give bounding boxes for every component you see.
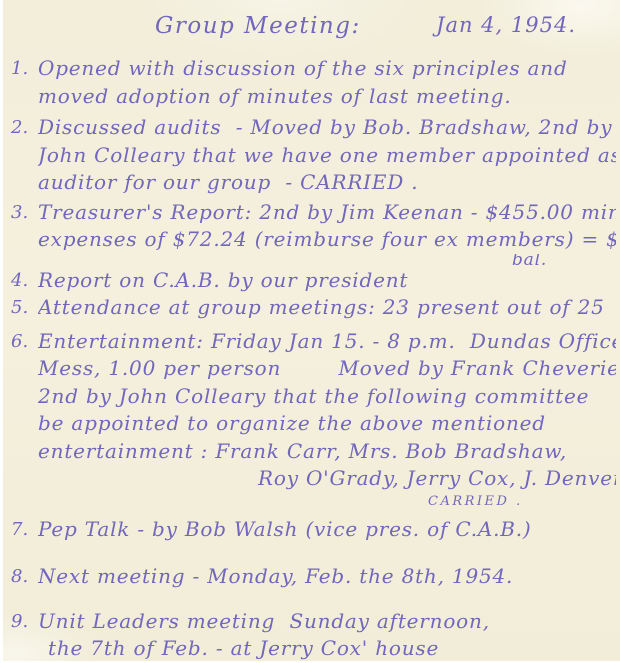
item-line: moved adoption of minutes of last meetin… xyxy=(38,83,616,111)
item-number: 6. xyxy=(11,328,38,510)
minute-item-7: 7. Pep Talk - by Bob Walsh (vice pres. o… xyxy=(11,516,616,544)
item-number: 2. xyxy=(11,114,38,197)
item-line: Next meeting - Monday, Feb. the 8th, 195… xyxy=(38,563,616,591)
item-line: John Colleary that we have one member ap… xyxy=(38,142,616,170)
item-line: Unit Leaders meeting Sunday afternoon, xyxy=(38,608,616,636)
item-number: 4. xyxy=(11,267,38,295)
meeting-date: Jan 4, 1954. xyxy=(436,13,576,37)
minute-item-5: 5. Attendance at group meetings: 23 pres… xyxy=(11,294,616,322)
minute-item-3: 3. Treasurer's Report: 2nd by Jim Keenan… xyxy=(11,199,616,267)
item-line: Treasurer's Report: 2nd by Jim Keenan - … xyxy=(38,199,616,227)
item-number: 7. xyxy=(11,516,38,544)
handwritten-minutes-page: Group Meeting: Jan 4, 1954. 1. Opened wi… xyxy=(3,0,620,661)
item-number: 5. xyxy=(11,294,38,322)
item-line: Pep Talk - by Bob Walsh (vice pres. of C… xyxy=(38,516,616,544)
carried-note: CARRIED . xyxy=(38,493,616,510)
item-line: Entertainment: Friday Jan 15. - 8 p.m. D… xyxy=(38,328,616,356)
item-number: 8. xyxy=(11,563,38,591)
item-number: 9. xyxy=(11,608,38,662)
item-number: 1. xyxy=(11,55,38,110)
item-number: 3. xyxy=(11,199,38,267)
item-line: Mess, 1.00 per person Moved by Frank Che… xyxy=(38,355,616,383)
balance-note: bal. xyxy=(38,254,616,267)
minute-item-8: 8. Next meeting - Monday, Feb. the 8th, … xyxy=(11,563,616,591)
minute-item-2: 2. Discussed audits - Moved by Bob. Brad… xyxy=(11,114,616,197)
item-line: Attendance at group meetings: 23 present… xyxy=(38,294,616,322)
item-line: auditor for our group - CARRIED . xyxy=(38,169,616,197)
minute-item-1: 1. Opened with discussion of the six pri… xyxy=(11,55,616,110)
item-line: expenses of $72.24 (reimburse four ex me… xyxy=(38,226,616,254)
page-header: Group Meeting: Jan 4, 1954. xyxy=(3,0,620,45)
item-line: Report on C.A.B. by our president xyxy=(38,267,616,295)
minute-item-9: 9. Unit Leaders meeting Sunday afternoon… xyxy=(11,608,616,662)
minutes-list: 1. Opened with discussion of the six pri… xyxy=(3,55,620,661)
item-line: entertainment : Frank Carr, Mrs. Bob Bra… xyxy=(38,438,616,466)
item-line: be appointed to organize the above menti… xyxy=(38,410,616,438)
committee-names-line: Roy O'Grady, Jerry Cox, J. Denver xyxy=(38,465,616,493)
item-line: 2nd by John Colleary that the following … xyxy=(38,383,616,411)
minute-item-6: 6. Entertainment: Friday Jan 15. - 8 p.m… xyxy=(11,328,616,510)
item-line: the 7th of Feb. - at Jerry Cox' house xyxy=(38,635,616,661)
item-line: Opened with discussion of the six princi… xyxy=(38,55,616,83)
item-line: Discussed audits - Moved by Bob. Bradsha… xyxy=(38,114,616,142)
meeting-title: Group Meeting: xyxy=(155,13,361,39)
minute-item-4: 4. Report on C.A.B. by our president xyxy=(11,267,616,295)
